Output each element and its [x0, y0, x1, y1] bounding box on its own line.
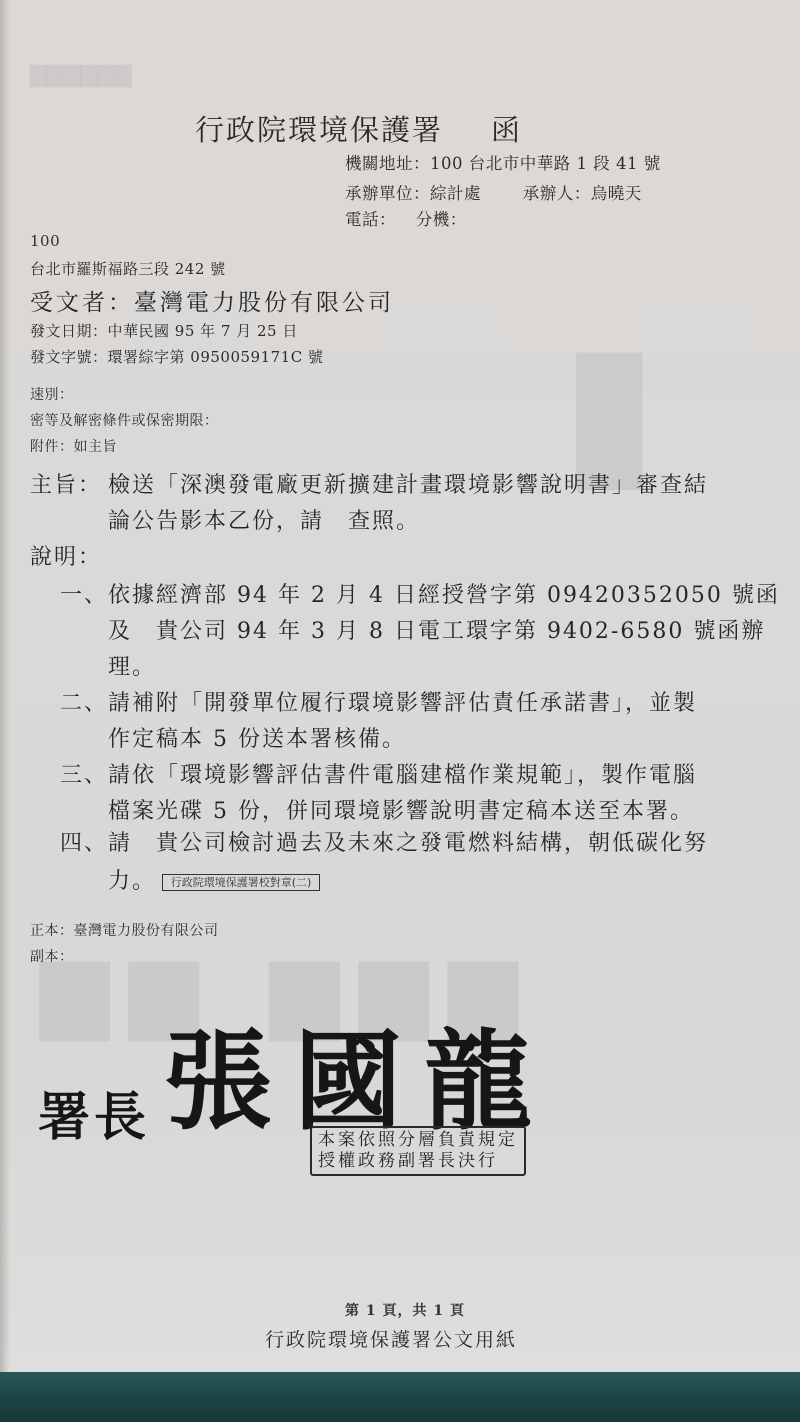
official-paper-label: 行政院環境保護署公文用紙 — [265, 1325, 517, 1352]
proofreading-seal: 行政院環境保護署校對章(二) — [162, 874, 320, 891]
item-text-tail-row: 力。行政院環境保護署校對章(二) — [108, 864, 320, 900]
item-text: 依據經濟部 94 年 2 月 4 日經授營字第 09420352050 號函 及… — [108, 578, 800, 686]
postal-code: 100 — [30, 232, 60, 250]
subject-label: 主旨： — [30, 468, 102, 504]
item-text: 請依「環境影響評估書件電腦建檔作業規範」，製作電腦 檔案光碟 5 份，併同環境影… — [108, 758, 800, 830]
issue-date-line: 發文日期：中華民國 95 年 7 月 25 日 — [30, 320, 298, 341]
reference-number: 環署綜字第 0950059171C 號 — [108, 348, 324, 366]
explanation-item-2: 二、 請補附「開發單位履行環境影響評估責任承諾書」，並製 作定稿本 5 份送本署… — [60, 686, 800, 758]
item-number: 四、 — [60, 826, 108, 862]
explanation-item-1: 一、 依據經濟部 94 年 2 月 4 日經授營字第 09420352050 號… — [60, 578, 800, 688]
handler-name: 烏曉天 — [591, 184, 642, 203]
subject-line-2: 論公告影本乙份，請 查照。 — [108, 504, 420, 540]
handling-unit: 綜計處 — [430, 184, 481, 203]
issue-date: 中華民國 95 年 7 月 25 日 — [108, 322, 298, 340]
item-text: 請 貴公司檢討過去及未來之發電燃料結構，朝低碳化努 — [108, 826, 800, 862]
agency-name: 行政院環境保護署 — [195, 113, 443, 147]
agency-address: 100 台北市中華路 1 段 41 號 — [430, 154, 661, 173]
document-paper: ▇▇▇▇▇▇ ▆▆ ▆▆▆ ▮ 行政院環境保護署函 機關地址：100 台北市中華… — [0, 0, 800, 1378]
speed-class: 速別： — [30, 384, 74, 404]
phone-line: 電話： 分機： — [345, 206, 467, 230]
background-fabric — [0, 1372, 800, 1422]
original-recipient-line: 正本：臺灣電力股份有限公司 — [30, 920, 219, 940]
explanation-label: 說明： — [30, 540, 102, 576]
delegation-stamp: 本案依照分層負責規定 授權政務副署長決行 — [310, 1126, 526, 1176]
explanation-item-4: 四、 請 貴公司檢討過去及未來之發電燃料結構，朝低碳化努 力。行政院環境保護署校… — [60, 826, 800, 906]
signatory-title: 署長 — [38, 1087, 150, 1148]
subject-line-1: 檢送「深澳發電廠更新擴建計畫環境影響說明書」審查結 — [108, 468, 708, 504]
agency-address-line: 機關地址：100 台北市中華路 1 段 41 號 — [345, 150, 661, 174]
original-recipient: 臺灣電力股份有限公司 — [74, 923, 219, 939]
confidentiality-line: 密等及解密條件或保密期限： — [30, 410, 219, 430]
doc-type: 函 — [491, 113, 522, 147]
show-through-text: ▇▇▇▇▇▇ — [30, 62, 132, 88]
recipient-name: 臺灣電力股份有限公司 — [134, 290, 394, 316]
copy-recipient-line: 副本： — [30, 946, 74, 966]
item-number: 一、 — [60, 578, 108, 614]
recipient-line: 受文者：臺灣電力股份有限公司 — [30, 284, 394, 317]
reference-number-line: 發文字號：環署綜字第 0950059171C 號 — [30, 346, 323, 367]
item-number: 二、 — [60, 686, 108, 722]
attachment-value: 如主旨 — [74, 439, 118, 455]
explanation-item-3: 三、 請依「環境影響評估書件電腦建檔作業規範」，製作電腦 檔案光碟 5 份，併同… — [60, 758, 800, 830]
attachment-line: 附件：如主旨 — [30, 436, 117, 456]
page-number: 第 1 頁，共 1 頁 — [345, 1300, 465, 1320]
item-text: 請補附「開發單位履行環境影響評估責任承諾書」，並製 作定稿本 5 份送本署核備。 — [108, 686, 800, 758]
recipient-address: 台北市羅斯福路三段 242 號 — [30, 258, 226, 279]
item-number: 三、 — [60, 758, 108, 794]
letter-title: 行政院環境保護署函 — [195, 108, 522, 149]
handling-unit-line: 承辦單位：綜計處 承辦人：烏曉天 — [345, 180, 642, 204]
item-text-tail: 力。 — [108, 869, 156, 894]
